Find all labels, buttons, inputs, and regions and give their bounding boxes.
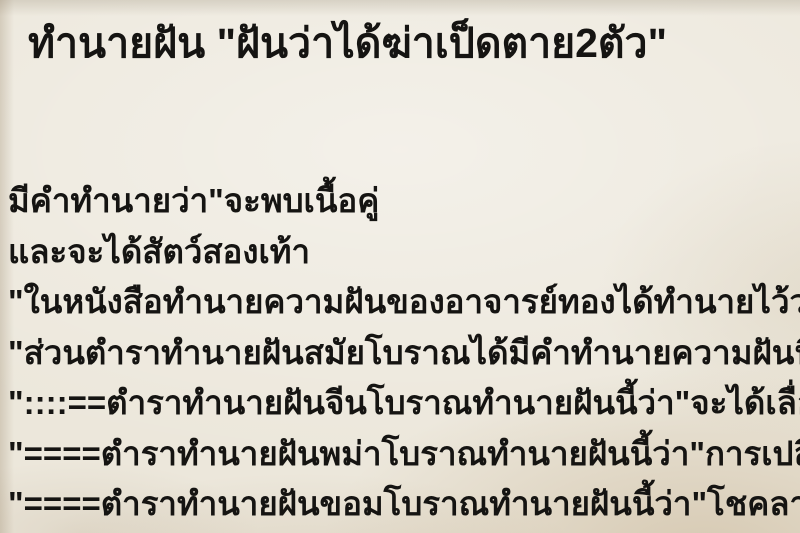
text-line: "====ตำราทำนายฝันขอมโบราณทำนายฝันนี้ว่า"… xyxy=(8,479,800,530)
text-line: "====ตำราทำนายฝันพม่าโบราณทำนายฝันนี้ว่า… xyxy=(8,429,800,480)
text-line: "ในหนังสือทำนายความฝันของอาจารย์ทองได้ทำ… xyxy=(8,277,800,328)
text-line: และจะได้สัตว์สองเท้า xyxy=(8,227,800,278)
text-line: "::::==ตำราทำนายฝันจีนโบราณทำนายฝันนี้ว่… xyxy=(8,378,800,429)
text-line: "ส่วนตำราทำนายฝันสมัยโบราณได้มีคำทำนายคว… xyxy=(8,328,800,379)
text-line: มีคำทำนายว่า"จะพบเนื้อคู่ xyxy=(8,176,800,227)
page-title: ทำนายฝัน "ฝันว่าได้ฆ่าเป็ดตาย2ตัว" xyxy=(28,16,667,71)
dream-interpretation-text: มีคำทำนายว่า"จะพบเนื้อคู่ และจะได้สัตว์ส… xyxy=(8,176,800,530)
paper-page: ทำนายฝัน "ฝันว่าได้ฆ่าเป็ดตาย2ตัว" มีคำท… xyxy=(0,0,800,533)
